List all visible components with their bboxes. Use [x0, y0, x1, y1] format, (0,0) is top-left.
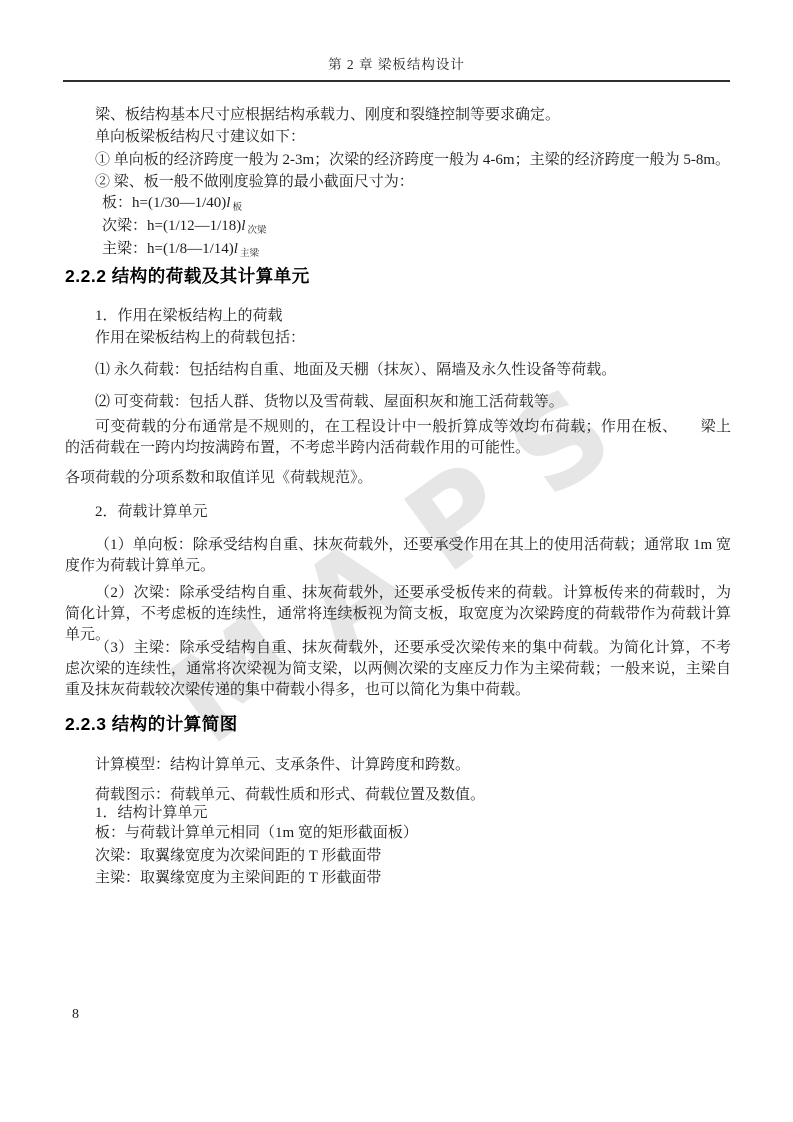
formula-subscript: 次梁 [247, 226, 266, 236]
list-item-main-beam-unit: 主梁：取翼缘宽度为主梁间距的 T 形截面带 [65, 867, 761, 889]
formula-variable: l [226, 195, 230, 211]
formula-variable: l [234, 241, 238, 257]
section-heading-2-2-2: 2.2.2 结构的荷载及其计算单元 [65, 264, 310, 288]
formula-main-beam: 主梁：h=(1/8—1/14)l主梁 [102, 238, 259, 265]
page-number: 8 [72, 1007, 79, 1023]
paragraph-variable-load-distribution: 可变荷载的分布通常是不规则的，在工程设计中一般折算成等效均布荷载；作用在板、 梁… [65, 417, 731, 459]
list-item-permanent-load: ⑴ 永久荷载：包括结构自重、地面及天棚（抹灰）、隔墙及永久性设备等荷载。 [65, 359, 761, 381]
page-header-chapter-title: 第 2 章 梁板结构设计 [0, 53, 793, 73]
formula-variable: l [241, 218, 245, 234]
list-item-min-section: ② 梁、板一般不做刚度验算的最小截面尺寸为： [65, 171, 761, 193]
formula-prefix: 板：h=(1/30—1/40) [102, 195, 226, 211]
paragraph-one-way-slab: （1）单向板：除承受结构自重、抹灰荷载外，还要承受作用在其上的使用活荷载；通常取… [65, 535, 731, 577]
formula-subscript: 主梁 [240, 249, 259, 259]
paragraph-load-code-reference: 各项荷载的分项系数和取值详见《荷载规范》。 [65, 468, 731, 489]
formula-prefix: 次梁：h=(1/12—1/18) [102, 218, 241, 234]
list-item-secondary-beam-unit: 次梁：取翼缘宽度为次梁间距的 T 形截面带 [65, 845, 761, 867]
list-item-slab-unit: 板：与荷载计算单元相同（1m 宽的矩形截面板） [65, 822, 761, 844]
paragraph-basic-dimensions: 梁、板结构基本尺寸应根据结构承载力、刚度和裂缝控制等要求确定。 [65, 104, 761, 126]
paragraph-suggestion-intro: 单向板梁板结构尺寸建议如下： [65, 126, 761, 148]
paragraph-secondary-beam: （2）次梁：除承受结构自重、抹灰荷载外，还要承受板传来的荷载。计算板传来的荷载时… [65, 583, 731, 646]
section-heading-2-2-3: 2.2.3 结构的计算简图 [65, 712, 238, 736]
list-item-economic-span: ① 单向板的经济跨度一般为 2-3m；次梁的经济跨度一般为 4-6m；主梁的经济… [65, 149, 761, 171]
paragraph-main-beam: （3）主梁：除承受结构自重、抹灰荷载外，还要承受次梁传来的集中荷载。为简化计算，… [65, 638, 731, 701]
subsection-title-load-unit: 2．荷载计算单元 [65, 501, 761, 523]
subsection-title-calc-unit: 1．结构计算单元 [65, 802, 761, 824]
subsection-title-loads: 1．作用在梁板结构上的荷载 [65, 305, 761, 327]
paragraph-calc-model: 计算模型：结构计算单元、支承条件、计算跨度和跨数。 [65, 754, 761, 776]
formula-prefix: 主梁：h=(1/8—1/14) [102, 241, 234, 257]
formula-subscript: 板 [232, 203, 242, 213]
list-item-variable-load: ⑵ 可变荷载：包括人群、货物以及雪荷载、屋面积灰和施工活荷载等。 [65, 391, 761, 413]
header-rule [63, 80, 730, 82]
paragraph-loads-intro: 作用在梁板结构上的荷载包括： [65, 327, 761, 349]
document-page: MAPS 第 2 章 梁板结构设计 梁、板结构基本尺寸应根据结构承载力、刚度和裂… [0, 0, 793, 1122]
